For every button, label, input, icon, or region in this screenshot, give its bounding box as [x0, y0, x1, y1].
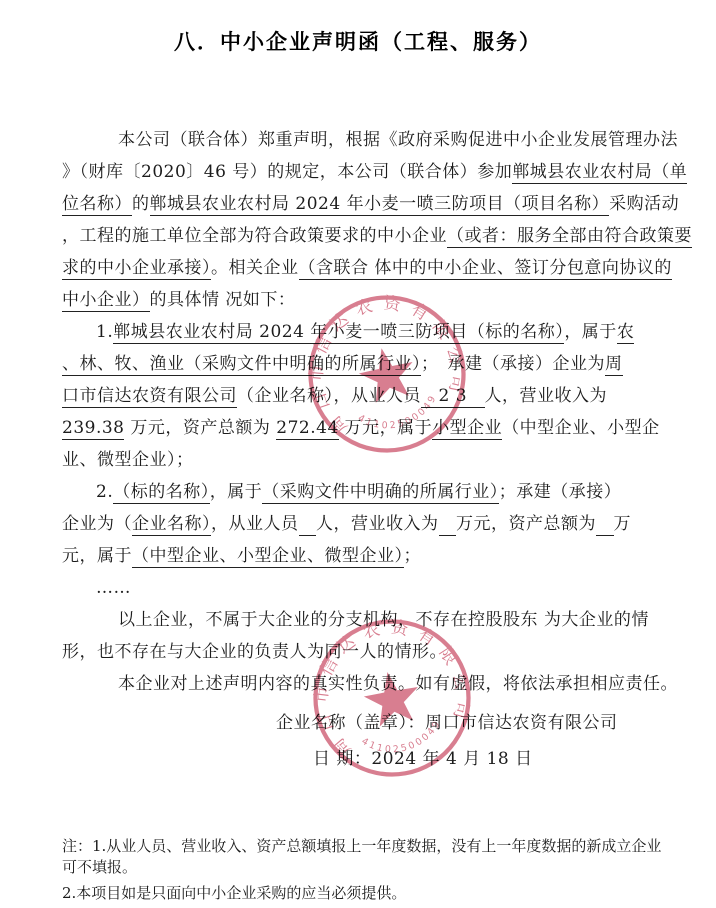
footnote-2: 2.本项目如是只面向中小企业采购的应当必须提供。 [62, 883, 668, 904]
body-line: 口市信达农资有限公司（企业名称），从业人员 2 3 人，营业收入为 [62, 380, 662, 412]
item-number: 2. [96, 482, 113, 502]
document-title: 八．中小企业声明函（工程、服务） [0, 26, 716, 56]
text-segment: 元，属于 [62, 546, 132, 566]
body-line: 239.38 万元，资产总额为 272.44 万元，属于小型企业（中型企业、小型… [62, 412, 662, 444]
blank-field [596, 514, 614, 536]
text-segment: ，属于 [210, 482, 263, 502]
declaration-body: 本公司（联合体）郑重声明，根据《政府采购促进中小企业发展管理办法 》（财库〔20… [62, 124, 662, 700]
text-segment: （企业名称），从业人员 [237, 386, 421, 406]
signature-company-line: 企业名称（盖章）：周口市信达农资有限公司 [276, 708, 618, 733]
underlined-text: 中小企业） [62, 290, 150, 312]
text-segment: ，工程的施工单位全部为符合政策要求的中小企业 [62, 226, 447, 246]
text-segment: 本企业对上述声明内容的真实性负责。如有虚假，将依法承担相应责任。 [118, 674, 678, 694]
body-line: 以上企业，不属于大企业的分支机构，不存在控股股东 为大企业的情 [62, 604, 662, 636]
industry-value: 农 [617, 322, 635, 344]
text-segment: ，属于 [564, 322, 617, 342]
underlined-text: 企业名称） [132, 514, 211, 536]
item-number: 1. [96, 322, 113, 342]
body-line: 企业为（企业名称），从业人员 人，营业收入为 万元，资产总额为 万 [62, 508, 662, 540]
body-line: 1.郸城县农业农村局 2024 年小麦一喷三防项目（标的名称），属于农 [62, 316, 662, 348]
text-segment: 业、微型企业）； [62, 450, 194, 470]
blank-field [439, 514, 457, 536]
text-segment: ；承建（承接） [499, 482, 622, 502]
body-line: 元，属于（中型企业、小型企业、微型企业）； [62, 540, 662, 572]
text-segment: 人，营业收入为 [316, 514, 439, 534]
assets-value: 272.44 [276, 418, 338, 440]
footnote-1-continued: 可不填报。 [62, 857, 668, 878]
industry-value: 、林、牧、渔业（采购文件中明确的所属行业） [62, 354, 421, 376]
body-line: ，工程的施工单位全部为符合政策要求的中小企业（或者：服务全部由符合政策要 [62, 220, 662, 252]
text-segment: 采购活动 [609, 194, 679, 214]
text-segment: ，从业人员 [211, 514, 299, 534]
body-line: 、林、牧、渔业（采购文件中明确的所属行业）； 承建（承接）企业为周 [62, 348, 662, 380]
text-segment: ； 承建（承接）企业为 [421, 354, 605, 374]
text-segment: 万元，资产总额为 [456, 514, 596, 534]
underlined-text: （标的名称） [113, 482, 210, 504]
company-name: 周 [605, 354, 623, 376]
text-segment: 的 [132, 194, 150, 214]
text-segment: 万元，资产总额为 [124, 418, 276, 438]
underlined-text: （中型企业、小型企业、微型企业） [132, 546, 404, 568]
revenue-value: 239.38 [62, 418, 124, 440]
body-line: 2.（标的名称），属于（采购文件中明确的所属行业）；承建（承接） [62, 476, 662, 508]
text-segment: 的具体情 况如下： [150, 290, 296, 310]
footnotes: 注：1.从业人员、营业收入、资产总额填报上一年度数据，没有上一年度数据的新成立企… [62, 836, 668, 904]
body-line: 中小企业）的具体情 况如下： [62, 284, 662, 316]
text-segment: 企业为（ [62, 514, 132, 534]
body-line: 业、微型企业）； [62, 444, 662, 476]
underlined-text: （含联合 体中的中小企业、签订分包意向协议的 [299, 258, 672, 280]
subject-name: 郸城县农业农村局 2024 年小麦一喷三防项目（标的名称） [113, 322, 564, 344]
underlined-text: （采购文件中明确的所属行业） [262, 482, 499, 504]
text-segment: ； [404, 546, 422, 566]
body-line: 本企业对上述声明内容的真实性负责。如有虚假，将依法承担相应责任。 [62, 668, 662, 700]
footnote-1: 注：1.从业人员、营业收入、资产总额填报上一年度数据，没有上一年度数据的新成立企… [62, 836, 668, 857]
body-line: …… [62, 572, 662, 604]
enterprise-type-value: 小型企业 [432, 418, 502, 440]
page: 八．中小企业声明函（工程、服务） 本公司（联合体）郑重声明，根据《政府采购促进中… [0, 0, 716, 908]
ellipsis-text: …… [96, 578, 131, 598]
text-segment: 本公司（联合体）郑重声明，根据《政府采购促进中小企业发展管理办法 [118, 130, 678, 150]
signature-date-line: 日 期：2024 年 4 月 18 日 [313, 744, 533, 769]
text-segment: 以上企业，不属于大企业的分支机构，不存在控股股东 为大企业的情 [118, 610, 649, 630]
project-name: 郸城县农业农村局 2024 年小麦一喷三防项目（项目名称） [150, 194, 610, 216]
text-segment: （中型企业、小型企 [502, 418, 660, 438]
text-segment: 万元，属于 [339, 418, 432, 438]
body-line: 位名称）的郸城县农业农村局 2024 年小麦一喷三防项目（项目名称）采购活动 [62, 188, 662, 220]
text-segment: 形，也不存在与大企业的负责人为同一人的情形。 [62, 642, 447, 662]
body-line: 》（财库〔2020〕46 号）的规定，本公司（联合体）参加郸城县农业农村局（单 [62, 156, 662, 188]
company-name: 口市信达农资有限公司 [62, 386, 237, 408]
blank-field [299, 514, 317, 536]
body-line: 本公司（联合体）郑重声明，根据《政府采购促进中小企业发展管理办法 [62, 124, 662, 156]
body-line: 求的中小企业承接）。相关企业（含联合 体中的中小企业、签订分包意向协议的 [62, 252, 662, 284]
underlined-text: 位名称） [62, 194, 132, 216]
underlined-text: 求的中小企业承接） [62, 258, 211, 280]
body-line: 形，也不存在与大企业的负责人为同一人的情形。 [62, 636, 662, 668]
purchaser-name: 郸城县农业农村局（单 [512, 162, 687, 184]
text-segment: 人，营业收入为 [485, 386, 608, 406]
underlined-text: （或者：服务全部由符合政策要 [447, 226, 692, 248]
employee-count-value: 2 3 [421, 386, 485, 408]
text-segment: 。相关企业 [211, 258, 299, 278]
text-segment: 》（财库〔2020〕46 号）的规定，本公司（联合体）参加 [62, 162, 512, 182]
text-segment: 万 [614, 514, 632, 534]
